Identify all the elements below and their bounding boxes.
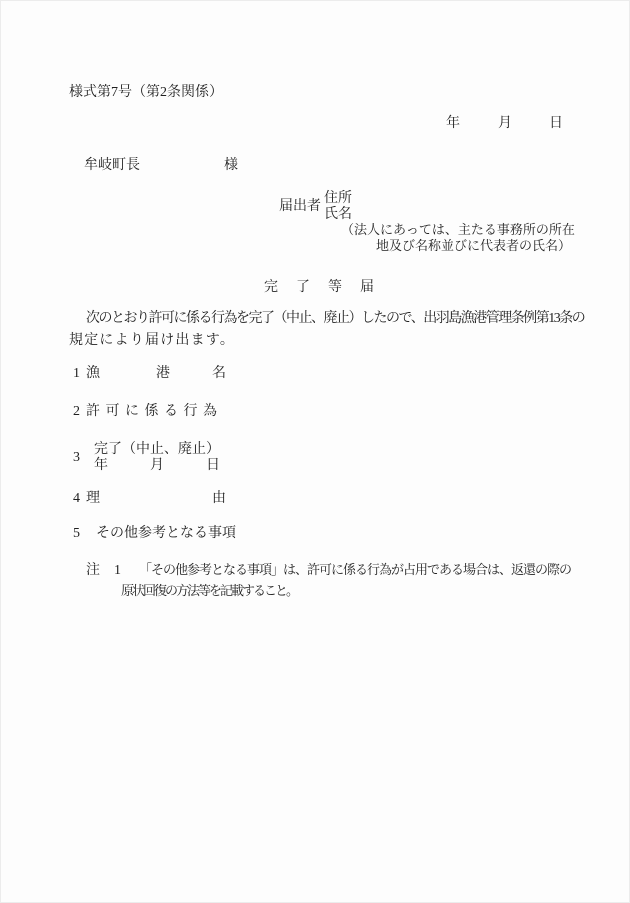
- addressee-honorific: 様: [224, 157, 238, 174]
- item-label: 理 由: [86, 490, 226, 507]
- corporate-note-line1: （法人にあっては、主たる事務所の所在: [341, 222, 575, 238]
- body-paragraph-line2: 規定により届け出ます。: [69, 332, 235, 349]
- item-label: 漁 港 名: [86, 365, 226, 382]
- item-number: 3: [73, 449, 80, 466]
- body-paragraph-line1: 次のとおり許可に係る行為を完了（中止、廃止）したので、出羽島漁港管理条例第13条…: [86, 310, 584, 327]
- declarant-label: 届出者: [279, 198, 321, 215]
- addressee-name: 牟岐町長: [84, 157, 140, 174]
- form-number: 様式第7号（第2条関係）: [69, 84, 223, 101]
- item-number: 5: [73, 525, 80, 542]
- document-page: 様式第7号（第2条関係） 年 月 日 牟岐町長 様 届出者 住所 氏名 （法人に…: [0, 0, 630, 903]
- item-label-line2: 年 月 日: [94, 457, 220, 474]
- item-number: 2: [73, 403, 80, 420]
- document-title: 完 了 等 届: [264, 279, 376, 296]
- date-year-label: 年: [446, 115, 460, 132]
- footnote-line2: 原状回復の方法等を記載すること。: [121, 583, 297, 599]
- declarant-name-label: 氏名: [324, 206, 352, 223]
- item-number: 4: [73, 490, 80, 507]
- footnote-line1: 「その他参考となる事項」は、許可に係る行為が占用である場合は、返還の際の: [139, 562, 571, 578]
- item-number: 1: [73, 365, 80, 382]
- date-month-label: 月: [498, 115, 512, 132]
- footnote-label: 注: [86, 562, 100, 579]
- item-label: その他参考となる事項: [96, 525, 236, 542]
- corporate-note-line2: 地及び名称並びに代表者の氏名）: [376, 238, 571, 254]
- item-label: 許 可 に 係 る 行 為: [86, 403, 218, 420]
- date-day-label: 日: [549, 115, 563, 132]
- footnote-number: 1: [114, 562, 121, 579]
- item-label-line1: 完了（中止、廃止）: [94, 441, 220, 458]
- declarant-address-label: 住所: [324, 190, 352, 207]
